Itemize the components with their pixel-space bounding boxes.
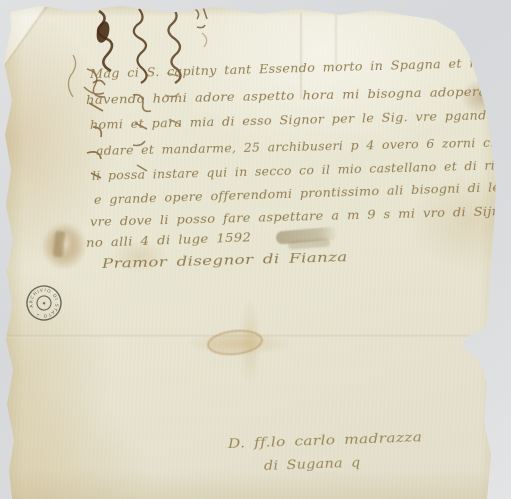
signature-line: D. ff.lo carlo madrazza [228, 430, 423, 452]
ink-smudge [288, 239, 330, 250]
signature-line: di Sugana q [264, 456, 361, 474]
archive-stamp-icon: ARCHIVIO DI STATO • ✦ [14, 273, 74, 333]
vertical-crease [300, 13, 302, 99]
stamp-center-text: ✦ [41, 300, 48, 308]
wax-seal-showthrough [38, 219, 90, 273]
manuscript-line: Pramor disegnor di Fianza [102, 250, 348, 272]
manuscript-paper: Mag ci S. capitny tant Essendo morto in … [4, 3, 506, 499]
corner-fold-mark [4, 3, 52, 67]
manuscript-line: vre dove li posso fare aspettare a m 9 s… [90, 204, 501, 229]
manuscript-date-line: no alli 4 di luge 1592 [86, 230, 252, 250]
scanned-manuscript-page: Mag ci S. capitny tant Essendo morto in … [0, 0, 511, 499]
